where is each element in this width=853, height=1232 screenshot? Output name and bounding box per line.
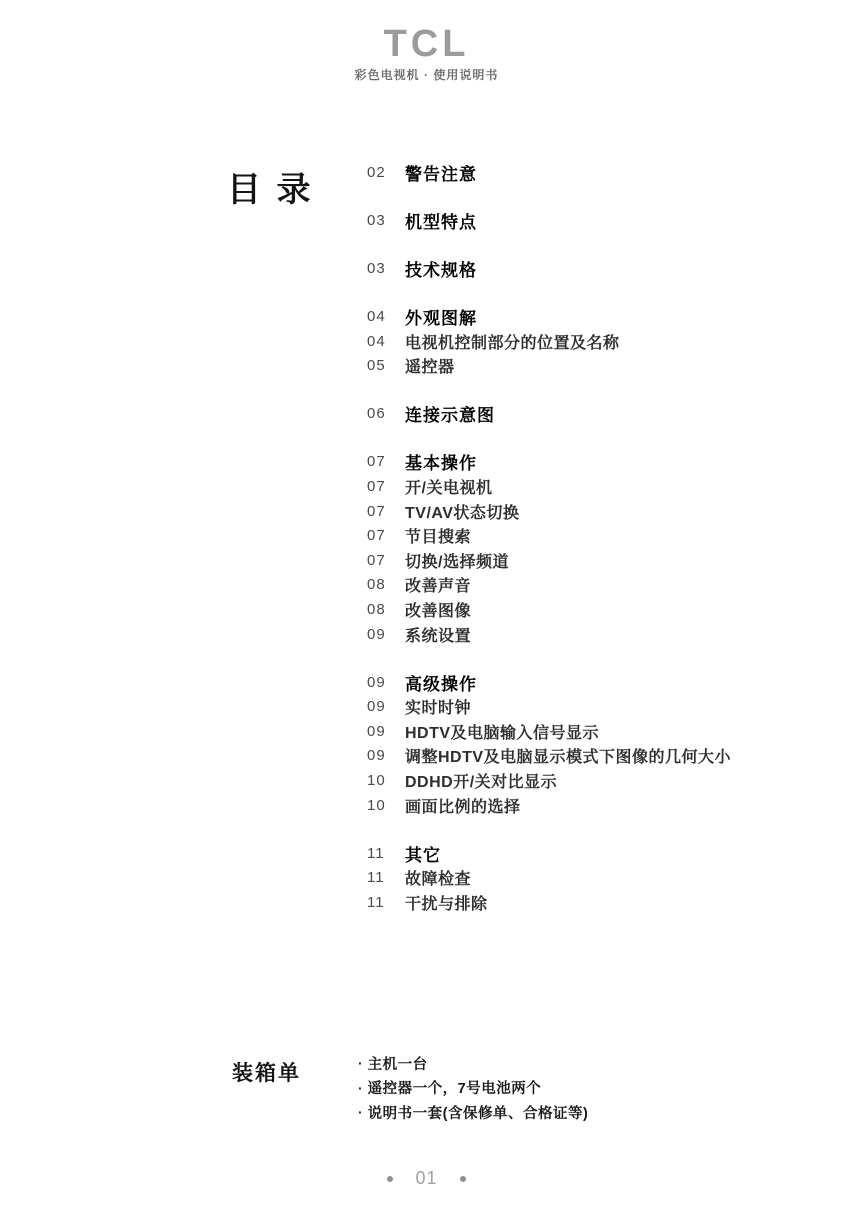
toc-item-label: 实时时钟 (405, 695, 471, 718)
toc-item: 07 节目搜索 (367, 523, 731, 548)
toc-item-label: 警告注意 (405, 160, 477, 185)
toc-item: 06 连接示意图 (367, 402, 731, 427)
packing-item-label: 说明书一套(含保修单、合格证等) (368, 1102, 589, 1123)
toc-item-label: 画面比例的选择 (405, 794, 521, 817)
packing-item-label: 遥控器一个，7号电池两个 (368, 1077, 542, 1098)
toc-group: 03 技术规格 (367, 256, 731, 281)
bullet-icon: · (358, 1104, 363, 1120)
toc-page-number: 07 (367, 527, 405, 544)
toc-group: 06 连接示意图 (367, 402, 731, 427)
toc-page-number: 10 (367, 797, 405, 814)
toc-item-label: 故障检查 (405, 866, 471, 889)
toc-item-label: 遥控器 (405, 354, 455, 377)
toc-item: 07 切换/选择频道 (367, 548, 731, 573)
toc-item: 02 警告注意 (367, 160, 731, 185)
footer-dot-icon (387, 1176, 393, 1182)
packing-item: · 说明书一套(含保修单、合格证等) (358, 1100, 588, 1125)
packing-list-title: 装箱单 (232, 1057, 301, 1087)
toc-page-number: 11 (367, 869, 405, 886)
toc-group: 11 其它 11 故障检查 11 干扰与排除 (367, 841, 731, 915)
toc-item: 04 外观图解 (367, 304, 731, 329)
toc-group: 07 基本操作 07 开/关电视机 07 TV/AV状态切换 07 节目搜索 0… (367, 450, 731, 647)
packing-item: · 遥控器一个，7号电池两个 (358, 1076, 588, 1101)
packing-item-label: 主机一台 (368, 1053, 428, 1074)
page-footer: 01 (0, 1168, 853, 1189)
manual-subtitle: 彩色电视机 · 使用说明书 (0, 66, 853, 83)
toc-item-label: 开/关电视机 (405, 475, 492, 498)
toc-item-label: 切换/选择频道 (405, 549, 509, 572)
toc-page-number: 06 (367, 405, 405, 422)
toc-title: 目 录 (227, 162, 313, 211)
toc-item: 10 画面比例的选择 (367, 793, 731, 818)
toc-page-number: 07 (367, 552, 405, 569)
bullet-icon: · (358, 1080, 363, 1096)
toc-item: 11 故障检查 (367, 866, 731, 891)
toc-item-label: 机型特点 (405, 208, 477, 233)
toc-group: 02 警告注意 (367, 160, 731, 185)
toc-item: 09 系统设置 (367, 622, 731, 647)
bullet-icon: · (358, 1055, 363, 1071)
toc-page-number: 03 (367, 212, 405, 229)
toc-item-label: 节目搜索 (405, 524, 471, 547)
footer-dot-icon (460, 1176, 466, 1182)
toc-page-number: 09 (367, 723, 405, 740)
toc-item-label: TV/AV状态切换 (405, 500, 519, 523)
toc-item-label: 系统设置 (405, 623, 471, 646)
packing-list: · 主机一台 · 遥控器一个，7号电池两个 · 说明书一套(含保修单、合格证等) (358, 1051, 588, 1125)
toc-item: 11 其它 (367, 841, 731, 866)
toc-group: 09 高级操作 09 实时时钟 09 HDTV及电脑输入信号显示 09 调整HD… (367, 670, 731, 818)
toc-item-label: 调整HDTV及电脑显示模式下图像的几何大小 (405, 744, 731, 767)
toc-item: 10 DDHD开/关对比显示 (367, 768, 731, 793)
toc-page-number: 10 (367, 772, 405, 789)
toc-item: 07 TV/AV状态切换 (367, 499, 731, 524)
toc-page-number: 03 (367, 260, 405, 277)
toc-page-number: 04 (367, 308, 405, 325)
toc-item-label: 改善图像 (405, 598, 471, 621)
toc-group: 04 外观图解 04 电视机控制部分的位置及名称 05 遥控器 (367, 304, 731, 378)
toc-page-number: 05 (367, 357, 405, 374)
toc-item: 11 干扰与排除 (367, 890, 731, 915)
toc-item-label: 高级操作 (405, 670, 477, 695)
toc-item: 09 实时时钟 (367, 695, 731, 720)
toc-item-label: 干扰与排除 (405, 891, 488, 914)
toc-item: 08 改善图像 (367, 597, 731, 622)
toc-list: 02 警告注意 03 机型特点 03 技术规格 04 外观图解 04 电视机控制… (367, 160, 731, 938)
toc-item: 07 开/关电视机 (367, 474, 731, 499)
toc-item: 08 改善声音 (367, 573, 731, 598)
toc-page-number: 08 (367, 576, 405, 593)
toc-item-label: 改善声音 (405, 573, 471, 596)
toc-page-number: 07 (367, 453, 405, 470)
toc-page-number: 08 (367, 601, 405, 618)
toc-item-label: 电视机控制部分的位置及名称 (405, 330, 620, 353)
toc-page-number: 09 (367, 626, 405, 643)
toc-item-label: HDTV及电脑输入信号显示 (405, 720, 599, 743)
toc-page-number: 02 (367, 164, 405, 181)
toc-page-number: 11 (367, 894, 405, 911)
toc-item-label: 连接示意图 (405, 401, 495, 426)
toc-item-label: 外观图解 (405, 304, 477, 329)
toc-page-number: 11 (367, 845, 405, 862)
toc-item: 09 高级操作 (367, 670, 731, 695)
toc-page-number: 07 (367, 478, 405, 495)
toc-item-label: 基本操作 (405, 449, 477, 474)
toc-group: 03 机型特点 (367, 208, 731, 233)
toc-item-label: 其它 (405, 841, 441, 866)
toc-item: 05 遥控器 (367, 353, 731, 378)
toc-page-number: 04 (367, 333, 405, 350)
toc-item: 09 HDTV及电脑输入信号显示 (367, 719, 731, 744)
toc-item: 07 基本操作 (367, 450, 731, 475)
packing-item: · 主机一台 (358, 1051, 588, 1076)
toc-item: 09 调整HDTV及电脑显示模式下图像的几何大小 (367, 744, 731, 769)
toc-item: 03 技术规格 (367, 256, 731, 281)
toc-item: 04 电视机控制部分的位置及名称 (367, 329, 731, 354)
manual-page: TCL 彩色电视机 · 使用说明书 目 录 02 警告注意 03 机型特点 03… (0, 0, 853, 1232)
toc-page-number: 09 (367, 747, 405, 764)
toc-item: 03 机型特点 (367, 208, 731, 233)
toc-page-number: 09 (367, 698, 405, 715)
toc-item-label: 技术规格 (405, 256, 477, 281)
page-number: 01 (415, 1168, 437, 1189)
toc-item-label: DDHD开/关对比显示 (405, 769, 557, 792)
toc-page-number: 07 (367, 503, 405, 520)
toc-page-number: 09 (367, 674, 405, 691)
tcl-logo: TCL (0, 26, 853, 62)
page-header: TCL 彩色电视机 · 使用说明书 (0, 26, 853, 83)
